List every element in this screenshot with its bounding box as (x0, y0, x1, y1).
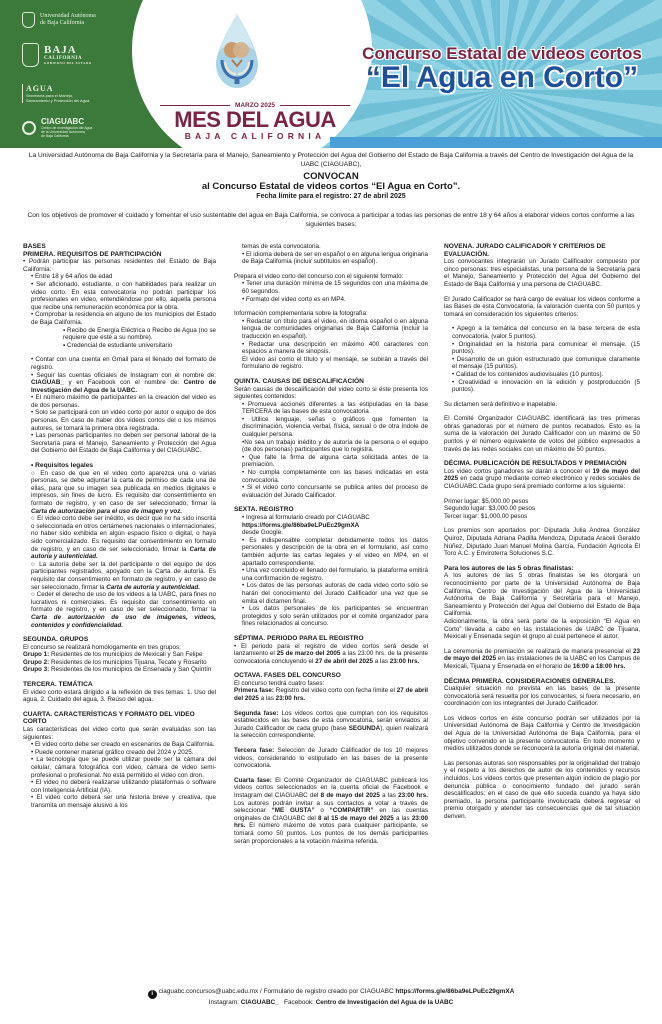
section-decima-heading: DÉCIMA. PUBLICACIÓN DE RESULTADOS Y PREM… (444, 460, 640, 468)
list-item: ▪ Credencial de estudiante universitario (23, 342, 216, 350)
bc-tag: GOBIERNO DEL ESTADO (44, 61, 92, 65)
ceremony-paragraph: La ceremonia de premiación se realizará … (444, 648, 640, 671)
ciaguabc-sub-line3: de Baja California (41, 134, 92, 138)
section-segunda-heading: SEGUNDA. GRUPOS (23, 636, 216, 644)
contact-email[interactable]: ciaguabc.concursos@uabc.edu.mx (159, 988, 259, 995)
bases-heading: BASES (23, 243, 216, 251)
list-item: • Que falte la firma de alguna carta sol… (234, 454, 428, 469)
banner-blue-bar (330, 137, 662, 148)
finalists-heading: Para los autores de las 5 obras finalist… (444, 565, 640, 573)
header-banner: Universidad Autónoma de Baja California … (0, 0, 662, 148)
list-item: • El video corto deberá ser una historia… (23, 794, 216, 809)
paragraph: El video así como el título y el mensaje… (234, 356, 428, 371)
prize-second: Segundo lugar: $3,000.00 pesos (444, 505, 640, 513)
phase-1: Primera fase: Registro del video corto c… (234, 687, 428, 702)
column-3: NOVENA. JURADO CALIFICADOR Y CRITERIOS D… (444, 243, 640, 821)
section-novena-heading: NOVENA. JURADO CALIFICADOR Y CRITERIOS D… (444, 243, 640, 258)
paragraph: El Comité Organizador CIAGUABC identific… (444, 415, 640, 453)
agua-title: AGUA (26, 84, 89, 93)
criteria-item: • Apego a la temática del concurso en la… (444, 325, 640, 340)
registration-period: • El periodo para el registro de video c… (234, 643, 428, 666)
water-drop-hands-icon (212, 12, 262, 90)
list-item: • Redactar un título para el video, en i… (234, 318, 428, 341)
paragraph: Adicionalmente, la obra será parte de la… (444, 618, 640, 641)
phase-3: Tercera fase: Selección de Jurado Califi… (234, 747, 428, 770)
info-icon: i (148, 990, 157, 999)
list-item: • El idioma deberá de ser en español o e… (234, 251, 428, 266)
list-item: • Ingresa al formulario creado por CIAGU… (234, 514, 428, 522)
list-item: • Los datos de las personas autoras de c… (234, 582, 428, 605)
paragraph: Prepara el video corto del concurso con … (234, 273, 428, 281)
ciaguabc-title: CIAGUABC (41, 117, 92, 126)
paragraph: Las personas autoras son responsables po… (444, 760, 640, 821)
list-item: ○ Ceder el derecho de uso de los videos … (23, 591, 216, 629)
list-item: ○ En caso de que en el video corto apare… (23, 470, 216, 516)
agua-secretaria-logo: AGUA Secretaría para el Manejo, Saneamie… (22, 84, 89, 103)
list-item: • Podrán participar las personas residen… (23, 258, 216, 273)
section-septima-heading: SÉPTIMA. PERIODO PARA EL REGISTRO (234, 635, 428, 643)
list-item: • Comprobar la residencia en alguno de l… (23, 311, 216, 326)
prize-third: Tercer lugar: $1,000.00 pesos (444, 513, 640, 521)
footer: iciaguabc.concursos@uabc.edu.mx / Formul… (0, 988, 662, 1007)
list-item: • Si el video corto concursante se publi… (234, 484, 428, 499)
social-accounts-item: • Seguir las cuentas oficiales de Instag… (23, 372, 216, 395)
list-item: • Solo se participará con un video corto… (23, 409, 216, 432)
convocan-block: CONVOCAN al Concurso Estatal de videos c… (0, 172, 662, 201)
list-item: • Promueva acciones diferentes a las est… (234, 401, 428, 416)
phase-4: Cuarta fase: El Comité Organizador de CI… (234, 777, 428, 845)
contest-title-line2: “El Agua en Corto” (362, 61, 642, 95)
criteria-item: • Creatividad e innovación en la edición… (444, 379, 640, 394)
criteria-item: • Originalidad en la historia para comun… (444, 341, 640, 356)
section-sexta-heading: SEXTA. REGISTRO (234, 506, 428, 514)
convocan-subtitle: al Concurso Estatal de videos cortos “El… (0, 182, 662, 192)
section-quinta-heading: QUINTA. CAUSAS DE DESCALIFICACIÓN (234, 378, 428, 386)
paragraph: Los premios son aportados por: Diputada … (444, 527, 640, 557)
ciaguabc-ring-icon (22, 121, 36, 135)
list-item-continued: temas de esta convocatoria. (234, 243, 428, 251)
list-item: • Una vez concluido el llenado del formu… (234, 567, 428, 582)
paragraph: A los autores de las 5 obras finalistas … (444, 572, 640, 618)
intro-paragraph: La Universidad Autónoma de Baja Californ… (20, 152, 642, 169)
registration-deadline: Fecha límite para el registro: 27 de abr… (0, 192, 662, 201)
paragraph: El concurso se realizará homólogamente e… (23, 644, 216, 652)
column-1: BASES PRIMERA. REQUISITOS DE PARTICIPACI… (23, 243, 216, 810)
facebook-page[interactable]: Centro de Investigación del Agua de la U… (316, 999, 454, 1006)
list-item: • Los datos personales de los participan… (234, 605, 428, 628)
list-item: • Tener una duración mínima de 15 segund… (234, 280, 428, 295)
footer-line-2: Instagram: CIAGUABC_ Facebook: Centro de… (0, 999, 662, 1007)
list-item: • Redactar una descripción en máximo 400… (234, 341, 428, 356)
legal-requirements-heading: • Requisitos legales (23, 462, 216, 470)
list-item: • El video corto debe ser creado en esce… (23, 741, 216, 749)
uabc-crest-icon (22, 12, 35, 28)
paragraph: Información complementaria sobre la foto… (234, 310, 428, 318)
event-title: MES DEL AGUA (160, 109, 350, 131)
list-item: • Puede contener material gráfico creado… (23, 749, 216, 757)
footer-line-1: iciaguabc.concursos@uabc.edu.mx / Formul… (0, 988, 662, 999)
section-cuarta-heading: CUARTA. CARACTERÍSTICAS Y FORMATO DEL VI… (23, 711, 216, 726)
group-item: Grupo 1: Residentes de los municipios de… (23, 651, 216, 659)
prize-first: Primer lugar: $5,000.00 pesos (444, 498, 640, 506)
baja-california-logo: BAJA CALIFORNIA GOBIERNO DEL ESTADO (22, 43, 92, 67)
list-item: • Formato del video corto es en MP4. (234, 296, 428, 304)
paragraph: El Jurado Calificador se hará cargo de e… (444, 296, 640, 319)
list-item: ○ La autoría debe ser la del participant… (23, 561, 216, 591)
column-2: temas de esta convocatoria. • El idioma … (234, 243, 428, 845)
paragraph: El concurso tendrá cuatro fases: (234, 680, 428, 688)
list-item: ○ El video corto debe ser inédito, es de… (23, 515, 216, 561)
agua-sub-line2: Saneamiento y Protección del Agua (26, 98, 89, 103)
uabc-name-line1: Universidad Autónoma (40, 13, 96, 20)
list-item: •No sea un trabajo inédito y de autoría … (234, 439, 428, 454)
paragraph: Las características del video corto que … (23, 726, 216, 741)
list-item: • Entre 18 y 64 años de edad (23, 273, 216, 281)
group-item: Grupo 2: Residentes de los municipios Ti… (23, 659, 216, 667)
instagram-handle: CIAGUAB_ (31, 379, 64, 386)
list-item: • El número máximo de participantes en l… (23, 394, 216, 409)
group-item: Grupo 3: Residentes de los municipios de… (23, 666, 216, 674)
section-primera-heading: PRIMERA. REQUISITOS DE PARTICIPACIÓN (23, 251, 216, 259)
paragraph: Los videos cortos en este concurso podrá… (444, 715, 640, 753)
list-item: • Es indispensable completar debidamente… (234, 537, 428, 567)
list-item: ▪ Recibo de Energía Eléctrica o Recibo d… (23, 327, 216, 342)
bc-crest-icon (22, 43, 39, 67)
criteria-item: • Calidad de los contenidos audiovisuale… (444, 371, 640, 379)
section-octava-heading: OCTAVA. FASES DEL CONCURSO (234, 672, 428, 680)
bc-title: BAJA (44, 45, 92, 56)
ciaguabc-logo: CIAGUABC Centro de Investigación del Agu… (22, 117, 92, 138)
objective-paragraph: Con los objetivos de promover el cuidado… (20, 212, 642, 229)
results-announcement: Los video cortos ganadores se darán a co… (444, 468, 640, 491)
paragraph: Su dictamen será definitivo e inapelable… (444, 401, 640, 409)
list-item: • La tecnología que se puede utilizar pu… (23, 756, 216, 779)
uabc-logo: Universidad Autónoma de Baja California (22, 12, 96, 28)
paragraph: Serán causas de descalificación del vide… (234, 386, 428, 401)
criteria-item: • Desarrollo de un guion estructurado qu… (444, 356, 640, 371)
uabc-name-line2: de Baja California (40, 20, 96, 27)
list-item: • No cumpla completamente con las bases … (234, 469, 428, 484)
registration-form-link[interactable]: https://forms.gle/86ba9eLPuEc29gmXA (234, 522, 428, 530)
list-item: • Utilice lenguaje, señas o gráficos que… (234, 416, 428, 439)
section-decima-primera-heading: DÉCIMA PRIMERA. CONSIDERACIONES GENERALE… (444, 678, 640, 686)
paragraph: Los convocantes integrarán un Jurado Cal… (444, 258, 640, 288)
paragraph: desde Google. (234, 529, 428, 537)
paragraph: Cualquier situación no prevista en las b… (444, 685, 640, 708)
list-item: • Contar con una cuenta en Gmail para el… (23, 356, 216, 371)
phase-2: Segunda fase: Los videos cortos que cump… (234, 710, 428, 740)
list-item: • Ser aficionado, estudiante, o con habi… (23, 281, 216, 311)
footer-form-link[interactable]: https://forms.gle/86ba9eLPuEc29gmXA (395, 988, 514, 995)
section-tercera-heading: TERCERA. TEMÁTICA (23, 681, 216, 689)
list-item: • Las personas participantes no deben se… (23, 432, 216, 455)
instagram-handle[interactable]: CIAGUABC_ (241, 999, 279, 1006)
list-item: • El video no deberá realizarse utilizan… (23, 779, 216, 794)
event-subtitle: BAJA CALIFORNIA (160, 131, 350, 141)
paragraph: El video corto estará dirigido a la refl… (23, 689, 216, 704)
